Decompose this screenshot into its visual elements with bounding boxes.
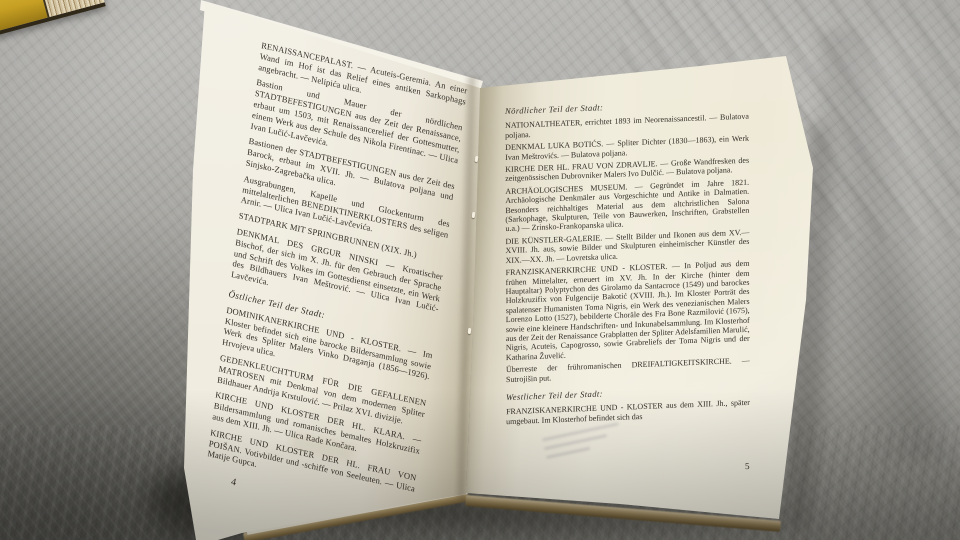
right-page-text: Nördlicher Teil der Stadt:NATIONALTHEATE… bbox=[505, 89, 750, 430]
binding-stitch bbox=[468, 328, 471, 334]
guide-entry: ARCHÄOLOGISCHES MUSEUM. — Gegründet im J… bbox=[505, 178, 749, 234]
guide-entry: FRANZISKANERKIRCHE UND - KLOSTER. — In P… bbox=[506, 259, 750, 362]
fabric-fold-right bbox=[820, 30, 960, 460]
left-page-number: 4 bbox=[230, 477, 237, 489]
left-page-text: RENAISSANCEPALAST. — Acuteis-Geremia. An… bbox=[206, 40, 468, 510]
right-page-number: 5 bbox=[745, 461, 750, 471]
guide-entry: FRANZISKANERKIRCHE UND - KLOSTER aus dem… bbox=[506, 398, 750, 426]
photo-scene: Nördlicher Teil der Stadt:NATIONALTHEATE… bbox=[0, 0, 960, 540]
